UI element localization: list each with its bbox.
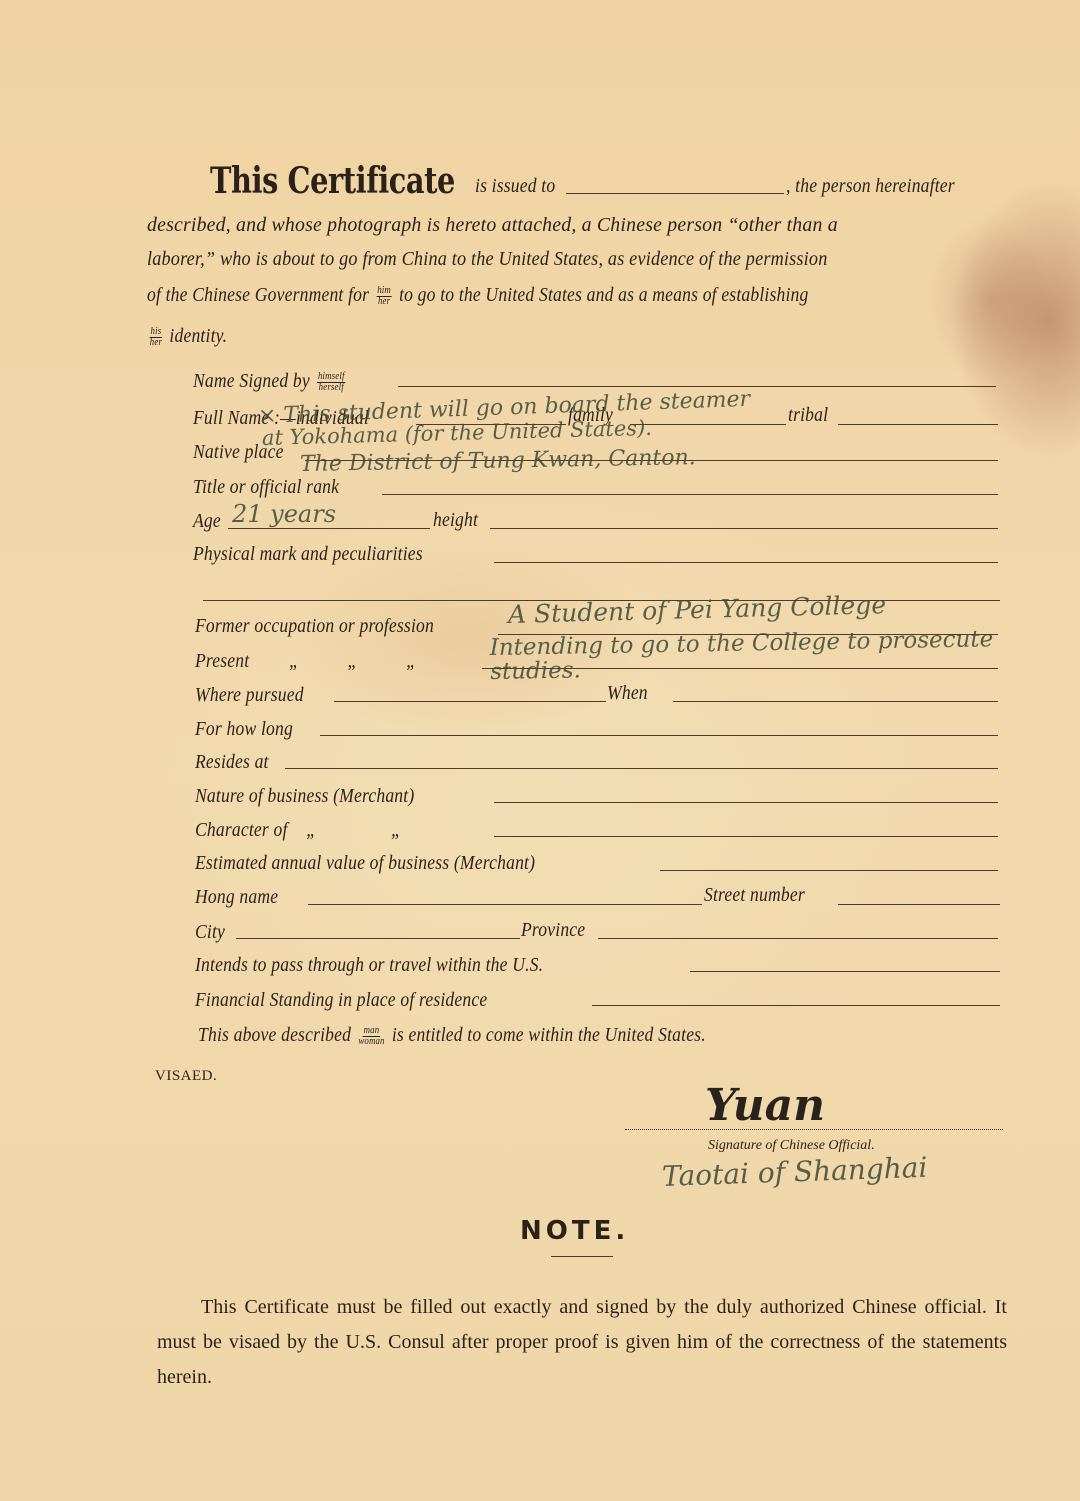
height-field[interactable] xyxy=(490,528,998,529)
where-pursued-field[interactable] xyxy=(334,701,606,702)
certificate-title: This Certificate xyxy=(210,160,455,202)
hong-name-field[interactable] xyxy=(308,904,702,905)
intro-line-4: of the Chinese Government for himher to … xyxy=(147,284,809,307)
when-label: When xyxy=(607,682,648,705)
tribal-label: tribal xyxy=(788,404,828,427)
intro-line-4a: of the Chinese Government for xyxy=(147,284,369,306)
nature-of-business-field[interactable] xyxy=(494,802,998,803)
age-value-handwritten: 21 years xyxy=(232,500,336,528)
title-rank-label: Title or official rank xyxy=(193,476,339,499)
title-rank-field[interactable] xyxy=(382,494,998,495)
note-body: This Certificate must be filled out exac… xyxy=(157,1290,1007,1395)
present-occupation-label: Present „ „ „ xyxy=(195,650,416,673)
entitled-statement: This above described manwoman is entitle… xyxy=(198,1024,706,1047)
present-occupation-handwritten: Intending to go to the College to prosec… xyxy=(490,626,1071,684)
hong-name-label: Hong name xyxy=(195,886,278,909)
financial-standing-label: Financial Standing in place of residence xyxy=(195,989,487,1012)
estimated-value-field[interactable] xyxy=(660,870,998,871)
street-number-label: Street number xyxy=(704,884,805,907)
character-of-business-label: Character of „ „ xyxy=(195,819,401,842)
where-pursued-label: Where pursued xyxy=(195,684,304,707)
city-label: City xyxy=(195,921,225,944)
nature-of-business-label: Nature of business (Merchant) xyxy=(195,785,414,808)
city-field[interactable] xyxy=(236,938,520,939)
himself-herself-fraction: himselfherself xyxy=(317,372,345,393)
him-her-fraction: himher xyxy=(376,286,391,307)
signature-line xyxy=(625,1129,1003,1130)
age-label: Age xyxy=(193,510,221,533)
intends-travel-field[interactable] xyxy=(690,971,1000,972)
intro-line-5: hisher identity. xyxy=(147,325,227,348)
intends-travel-label: Intends to pass through or travel within… xyxy=(195,954,543,977)
character-of-business-field[interactable] xyxy=(494,836,998,837)
height-label: height xyxy=(433,509,478,532)
issued-to-line xyxy=(566,193,784,194)
tribal-name-field[interactable] xyxy=(838,424,998,425)
note-title: NOTE. xyxy=(520,1216,629,1246)
man-woman-fraction: manwoman xyxy=(358,1026,384,1047)
signature-caption: Signature of Chinese Official. xyxy=(708,1138,875,1154)
intro-issued-to: is issued to xyxy=(475,175,555,198)
when-field[interactable] xyxy=(673,701,998,702)
estimated-value-label: Estimated annual value of business (Merc… xyxy=(195,852,535,875)
financial-standing-field[interactable] xyxy=(592,1005,1000,1006)
intro-line-4b: to go to the United States and as a mean… xyxy=(399,284,808,306)
province-label: Province xyxy=(521,919,585,942)
resides-at-label: Resides at xyxy=(195,751,269,774)
province-field[interactable] xyxy=(598,938,998,939)
for-how-long-field[interactable] xyxy=(320,735,998,736)
for-how-long-label: For how long xyxy=(195,718,293,741)
name-signed-field[interactable] xyxy=(398,386,996,387)
physical-mark-field[interactable] xyxy=(494,562,998,563)
resides-at-field[interactable] xyxy=(285,768,998,769)
family-name-field[interactable] xyxy=(630,424,786,425)
note-title-underline xyxy=(551,1256,613,1257)
intro-line-3: laborer,” who is about to go from China … xyxy=(147,248,827,271)
intro-hereinafter: , the person hereinafter xyxy=(786,175,955,198)
street-number-field[interactable] xyxy=(838,904,1000,905)
official-signature: Yuan xyxy=(705,1080,825,1131)
visaed-label: VISAED. xyxy=(155,1068,217,1085)
age-field[interactable] xyxy=(228,528,430,529)
name-signed-label: Name Signed by himselfherself xyxy=(193,370,348,393)
intro-line-2: described, and whose photograph is heret… xyxy=(147,214,838,237)
his-her-fraction: hisher xyxy=(150,327,163,348)
physical-mark-label: Physical mark and peculiarities xyxy=(193,543,423,566)
former-occupation-label: Former occupation or profession xyxy=(195,615,434,638)
